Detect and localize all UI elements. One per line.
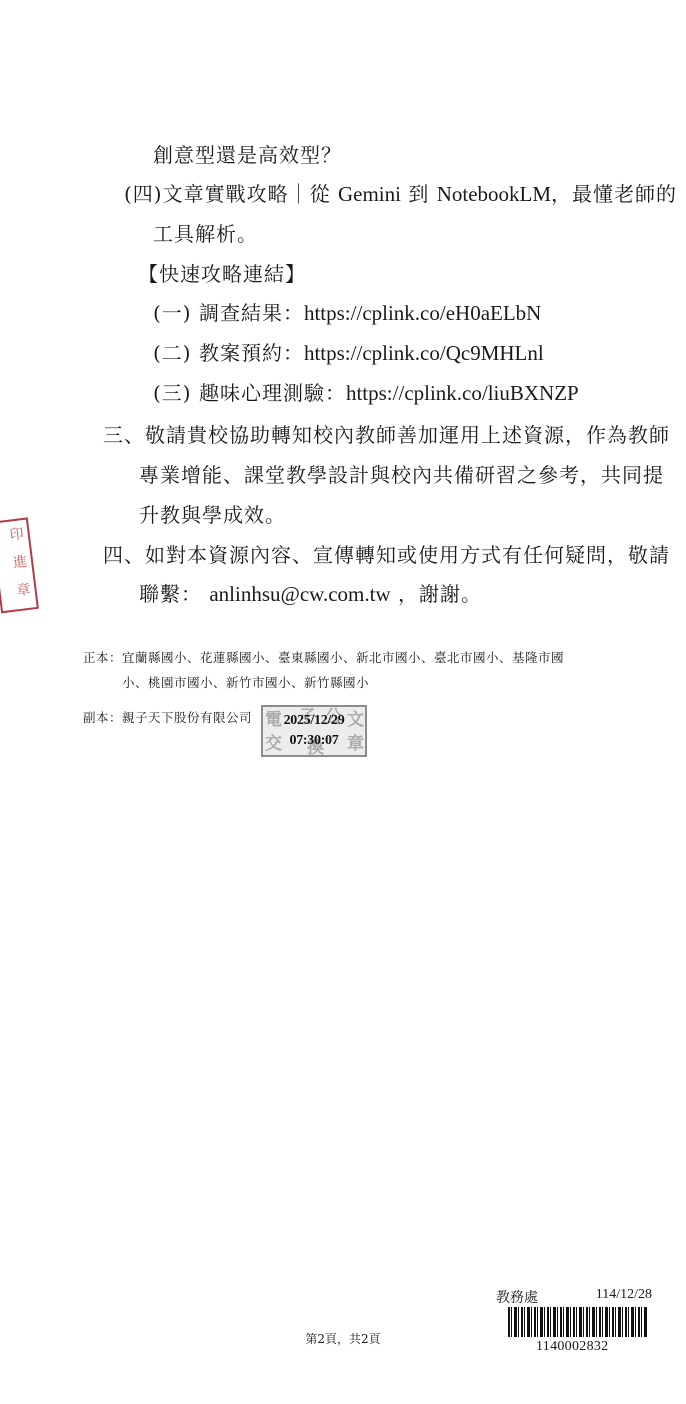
item-4-text-c: ，最懂老師的 xyxy=(551,182,677,206)
seal-char: 進 xyxy=(0,548,29,579)
item-4-line-2: 工具解析。 xyxy=(153,222,258,246)
stamp-time: 07:30:07 xyxy=(263,733,365,749)
item-continuation-text: 創意型還是高效型？ xyxy=(153,143,342,167)
quick-link-label: 調查結果： xyxy=(199,301,304,325)
section-3-number: 三、 xyxy=(103,423,145,447)
quick-link-url[interactable]: https://cplink.co/Qc9MHLnl xyxy=(304,341,544,365)
seal-char: 印 xyxy=(0,520,25,551)
stamp-date: 2025/12/29 xyxy=(263,713,365,729)
quick-links-heading: 【快速攻略連結】 xyxy=(138,262,306,286)
quick-link-lesson-plan: (二) 教案預約：https://cplink.co/Qc9MHLnl xyxy=(153,341,544,365)
barcode-department: 教務處 xyxy=(496,1287,538,1307)
quick-link-survey: (一) 調查結果：https://cplink.co/eH0aELbN xyxy=(153,301,541,325)
section-3-text-2: 專業增能、課堂教學設計與校內共備研習之參考，共同提 xyxy=(139,463,664,487)
section-3-text-3: 升教與學成效。 xyxy=(139,503,286,527)
item-4-prefix: (四) xyxy=(124,182,163,206)
page-indicator: 第2頁，共2頁 xyxy=(0,1330,686,1347)
original-recipients-line-2: 小、桃園市國小、新竹市國小、新竹縣國小 xyxy=(122,675,369,691)
section-3-text-1: 敬請貴校協助轉知校內教師善加運用上述資源，作為教師 xyxy=(145,423,670,447)
item-4-notebooklm: NotebookLM xyxy=(437,182,551,206)
electronic-timestamp-stamp: 電 子 公 文 交 換 章 2025/12/29 07:30:07 xyxy=(261,705,367,757)
quick-link-label: 教案預約： xyxy=(199,341,304,365)
copy-label: 副本： xyxy=(83,710,122,725)
original-recipients-text-2: 小、桃園市國小、新竹市國小、新竹縣國小 xyxy=(122,675,369,690)
quick-link-label: 趣味心理測驗： xyxy=(199,381,346,405)
original-recipients-line-1: 正本：宜蘭縣國小、花蓮縣國小、臺東縣國小、新北市國小、臺北市國小、基隆市國 xyxy=(83,650,564,666)
item-4-text-b: 到 xyxy=(401,182,437,206)
quick-link-psych-test: (三) 趣味心理測驗：https://cplink.co/liuBXNZP xyxy=(153,381,579,405)
quick-links-heading-text: 【快速攻略連結】 xyxy=(138,262,306,286)
section-4-number: 四、 xyxy=(103,543,145,567)
item-4-line-2-text: 工具解析。 xyxy=(153,222,258,246)
copy-recipients-text: 親子天下股份有限公司 xyxy=(122,710,252,725)
seal-char: 章 xyxy=(0,576,32,607)
section-3-line-1: 三、敬請貴校協助轉知校內教師善加運用上述資源，作為教師 xyxy=(103,423,670,447)
quick-link-url[interactable]: https://cplink.co/eH0aELbN xyxy=(304,301,541,325)
quick-link-prefix: (三) xyxy=(153,381,192,405)
contact-email[interactable]: anlinhsu@cw.com.tw xyxy=(209,582,390,606)
section-3-line-3: 升教與學成效。 xyxy=(139,503,286,527)
barcode-date: 114/12/28 xyxy=(596,1287,652,1303)
page-indicator-text: 第2頁，共2頁 xyxy=(305,1332,380,1346)
item-4-line-1: (四)文章實戰攻略｜從 Gemini 到 NotebookLM，最懂老師的 xyxy=(124,182,677,206)
copy-recipients: 副本：親子天下股份有限公司 xyxy=(83,710,252,726)
quick-link-prefix: (二) xyxy=(153,341,192,365)
section-3-line-2: 專業增能、課堂教學設計與校內共備研習之參考，共同提 xyxy=(139,463,664,487)
contact-label: 聯繫： xyxy=(139,582,202,606)
original-recipients-text-1: 宜蘭縣國小、花蓮縣國小、臺東縣國小、新北市國小、臺北市國小、基隆市國 xyxy=(122,650,564,665)
red-seal-stamp: 印 進 章 xyxy=(0,517,39,613)
item-continuation-line: 創意型還是高效型？ xyxy=(153,143,342,167)
item-4-gemini: Gemini xyxy=(338,182,401,206)
original-label: 正本： xyxy=(83,650,122,665)
section-4-line-1: 四、如對本資源內容、宣傳轉知或使用方式有任何疑問，敬請 xyxy=(103,543,670,567)
item-4-text-a: 文章實戰攻略｜從 xyxy=(163,182,338,206)
contact-tail: ，謝謝。 xyxy=(391,582,482,606)
quick-link-prefix: (一) xyxy=(153,301,192,325)
quick-link-url[interactable]: https://cplink.co/liuBXNZP xyxy=(346,381,579,405)
section-4-line-2: 聯繫： anlinhsu@cw.com.tw ，謝謝。 xyxy=(139,582,482,606)
section-4-text-1: 如對本資源內容、宣傳轉知或使用方式有任何疑問，敬請 xyxy=(145,543,670,567)
